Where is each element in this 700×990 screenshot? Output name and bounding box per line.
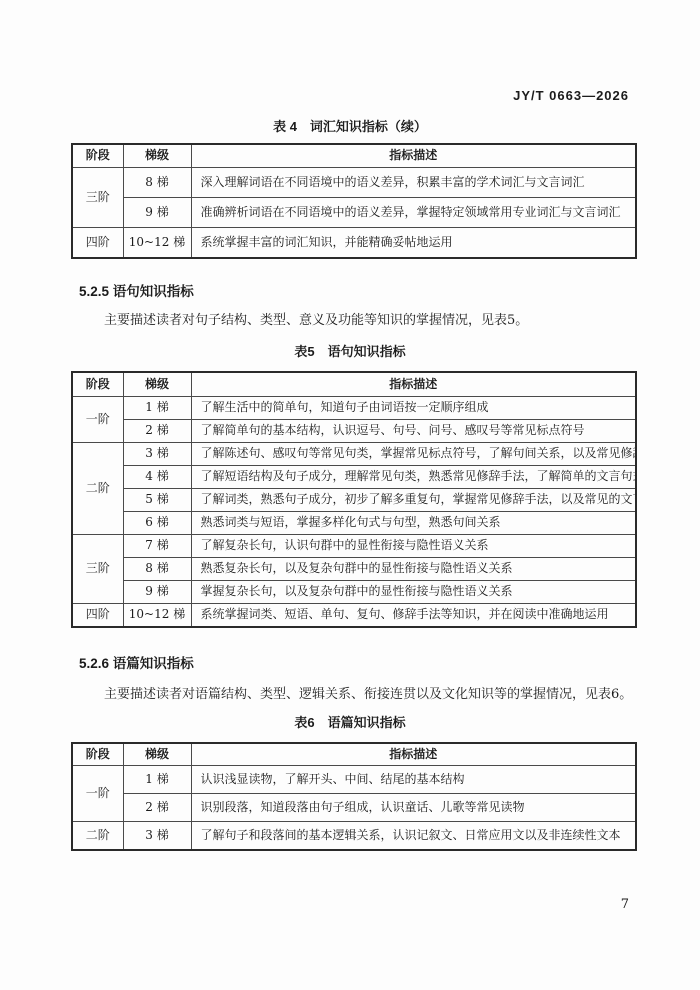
column-header-level: 梯级	[123, 144, 191, 168]
table-header-row: 阶段 梯级 指标描述	[72, 144, 636, 168]
stage-cell: 二阶	[72, 822, 123, 851]
page-number: 7	[621, 897, 629, 912]
table-row: 9 梯 准确辨析词语在不同语境中的语义差异，掌握特定领域常用专业词汇与文言词汇	[72, 198, 636, 228]
table-row: 2 梯 识别段落，知道段落由句子组成，认识童话、儿歌等常见读物	[72, 794, 636, 822]
level-cell: 5 梯	[123, 489, 191, 512]
desc-cell: 了解句子和段落间的基本逻辑关系，认识记叙文、日常应用文以及非连续性文本	[191, 822, 636, 851]
table-row: 8 梯 熟悉复杂长句，以及复杂句群中的显性衔接与隐性语义关系	[72, 558, 636, 581]
table-row: 5 梯 了解词类，熟悉句子成分，初步了解多重复句，掌握常见修辞手法，以及常见的文…	[72, 489, 636, 512]
level-cell: 1 梯	[123, 397, 191, 420]
level-cell: 10~12 梯	[123, 604, 191, 628]
desc-cell: 了解生活中的简单句，知道句子由词语按一定顺序组成	[191, 397, 636, 420]
table-row: 一阶 1 梯 了解生活中的简单句，知道句子由词语按一定顺序组成	[72, 397, 636, 420]
table-row: 一阶 1 梯 认识浅显读物，了解开头、中间、结尾的基本结构	[72, 766, 636, 794]
desc-cell: 了解词类，熟悉句子成分，初步了解多重复句，掌握常见修辞手法，以及常见的文言句式	[191, 489, 636, 512]
desc-cell: 准确辨析词语在不同语境中的语义差异，掌握特定领域常用专业词汇与文言词汇	[191, 198, 636, 228]
section-heading-526: 5.2.6 语篇知识指标	[79, 652, 194, 672]
level-cell: 4 梯	[123, 466, 191, 489]
level-cell: 10~12 梯	[123, 228, 191, 259]
column-header-level: 梯级	[123, 743, 191, 766]
standard-number-header: JY/T 0663—2026	[513, 88, 629, 103]
table6-title: 表6 语篇知识指标	[0, 712, 700, 731]
table-row: 三阶 8 梯 深入理解词语在不同语境中的语义差异，积累丰富的学术词汇与文言词汇	[72, 168, 636, 198]
section-paragraph-525: 主要描述读者对句子结构、类型、意义及功能等知识的掌握情况，见表5。	[104, 309, 528, 328]
table-row: 二阶 3 梯 了解句子和段落间的基本逻辑关系，认识记叙文、日常应用文以及非连续性…	[72, 822, 636, 851]
column-header-desc: 指标描述	[191, 372, 636, 397]
section-paragraph-526: 主要描述读者对语篇结构、类型、逻辑关系、衔接连贯以及文化知识等的掌握情况，见表6…	[104, 683, 632, 702]
desc-cell: 系统掌握丰富的词汇知识，并能精确妥帖地运用	[191, 228, 636, 259]
table4-title: 表 4 词汇知识指标（续）	[0, 116, 700, 135]
stage-cell: 一阶	[72, 766, 123, 822]
stage-cell: 四阶	[72, 604, 123, 628]
table4-vocabulary-indicators: 阶段 梯级 指标描述 三阶 8 梯 深入理解词语在不同语境中的语义差异，积累丰富…	[71, 143, 637, 259]
table-row: 四阶 10~12 梯 系统掌握丰富的词汇知识，并能精确妥帖地运用	[72, 228, 636, 259]
level-cell: 2 梯	[123, 794, 191, 822]
desc-cell: 掌握复杂长句，以及复杂句群中的显性衔接与隐性语义关系	[191, 581, 636, 604]
level-cell: 2 梯	[123, 420, 191, 443]
table5-title: 表5 语句知识指标	[0, 341, 700, 360]
table-row: 三阶 7 梯 了解复杂长句，认识句群中的显性衔接与隐性语义关系	[72, 535, 636, 558]
level-cell: 6 梯	[123, 512, 191, 535]
stage-cell: 三阶	[72, 168, 123, 228]
desc-cell: 熟悉复杂长句，以及复杂句群中的显性衔接与隐性语义关系	[191, 558, 636, 581]
desc-cell: 系统掌握词类、短语、单句、复句、修辞手法等知识，并在阅读中准确地运用	[191, 604, 636, 628]
document-page: JY/T 0663—2026 表 4 词汇知识指标（续） 阶段 梯级 指标描述 …	[0, 0, 700, 990]
table-row: 二阶 3 梯 了解陈述句、感叹句等常见句类，掌握常见标点符号，了解句间关系，以及…	[72, 443, 636, 466]
level-cell: 8 梯	[123, 558, 191, 581]
level-cell: 9 梯	[123, 581, 191, 604]
column-header-desc: 指标描述	[191, 743, 636, 766]
level-cell: 8 梯	[123, 168, 191, 198]
level-cell: 9 梯	[123, 198, 191, 228]
table5-sentence-indicators: 阶段 梯级 指标描述 一阶 1 梯 了解生活中的简单句，知道句子由词语按一定顺序…	[71, 371, 637, 628]
table-row: 2 梯 了解简单句的基本结构，认识逗号、句号、问号、感叹号等常见标点符号	[72, 420, 636, 443]
table-row: 四阶 10~12 梯 系统掌握词类、短语、单句、复句、修辞手法等知识，并在阅读中…	[72, 604, 636, 628]
stage-cell: 一阶	[72, 397, 123, 443]
table-row: 9 梯 掌握复杂长句，以及复杂句群中的显性衔接与隐性语义关系	[72, 581, 636, 604]
level-cell: 3 梯	[123, 443, 191, 466]
desc-cell: 了解简单句的基本结构，认识逗号、句号、问号、感叹号等常见标点符号	[191, 420, 636, 443]
column-header-level: 梯级	[123, 372, 191, 397]
level-cell: 1 梯	[123, 766, 191, 794]
table-header-row: 阶段 梯级 指标描述	[72, 743, 636, 766]
table-row: 4 梯 了解短语结构及句子成分，理解常见句类，熟悉常见修辞手法，了解简单的文言句…	[72, 466, 636, 489]
table6-discourse-indicators: 阶段 梯级 指标描述 一阶 1 梯 认识浅显读物，了解开头、中间、结尾的基本结构…	[71, 742, 637, 851]
column-header-stage: 阶段	[72, 743, 123, 766]
stage-cell: 四阶	[72, 228, 123, 259]
stage-cell: 二阶	[72, 443, 123, 535]
column-header-stage: 阶段	[72, 372, 123, 397]
column-header-stage: 阶段	[72, 144, 123, 168]
desc-cell: 了解陈述句、感叹句等常见句类，掌握常见标点符号，了解句间关系，以及常见修辞手法	[191, 443, 636, 466]
table-row: 6 梯 熟悉词类与短语，掌握多样化句式与句型，熟悉句间关系	[72, 512, 636, 535]
desc-cell: 熟悉词类与短语，掌握多样化句式与句型，熟悉句间关系	[191, 512, 636, 535]
table-header-row: 阶段 梯级 指标描述	[72, 372, 636, 397]
level-cell: 3 梯	[123, 822, 191, 851]
section-heading-525: 5.2.5 语句知识指标	[79, 280, 194, 300]
desc-cell: 了解短语结构及句子成分，理解常见句类，熟悉常见修辞手法，了解简单的文言句式	[191, 466, 636, 489]
desc-cell: 了解复杂长句，认识句群中的显性衔接与隐性语义关系	[191, 535, 636, 558]
desc-cell: 深入理解词语在不同语境中的语义差异，积累丰富的学术词汇与文言词汇	[191, 168, 636, 198]
column-header-desc: 指标描述	[191, 144, 636, 168]
stage-cell: 三阶	[72, 535, 123, 604]
desc-cell: 认识浅显读物，了解开头、中间、结尾的基本结构	[191, 766, 636, 794]
level-cell: 7 梯	[123, 535, 191, 558]
desc-cell: 识别段落，知道段落由句子组成，认识童话、儿歌等常见读物	[191, 794, 636, 822]
